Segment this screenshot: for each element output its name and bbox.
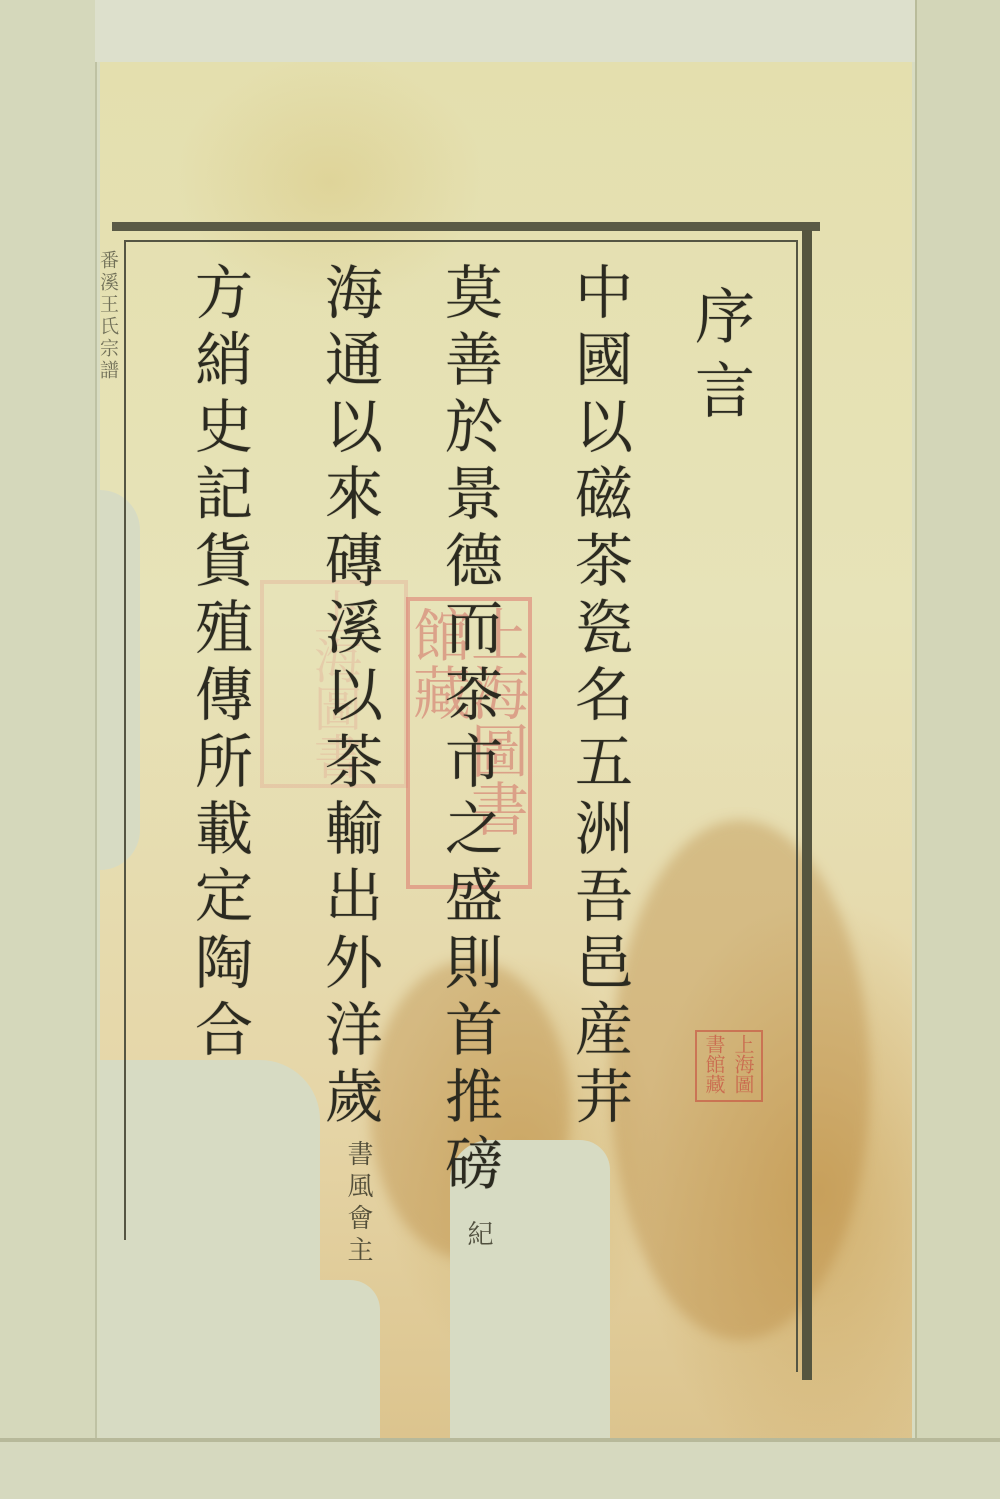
text-column-1: 中國以磁茶瓷名五洲吾邑産茾 bbox=[570, 262, 628, 1133]
small-annotation: 紀 bbox=[460, 1220, 497, 1252]
text-column-3: 海通以來磚溪以茶輸出外洋歲 bbox=[320, 262, 378, 1133]
banxin-title: 番溪王氏宗譜 bbox=[102, 250, 122, 382]
frame-border-right bbox=[802, 230, 812, 1380]
mounting-top bbox=[95, 0, 915, 62]
small-annotation: 書風會主 bbox=[340, 1140, 377, 1268]
seal-small: 上海圖書館藏 bbox=[695, 1030, 763, 1102]
section-title: 序言 bbox=[690, 285, 750, 433]
banxin-column bbox=[100, 240, 126, 1240]
text-column-4: 方綃史記貨殖傳所載定陶合 bbox=[190, 262, 248, 1066]
mounting-bottom bbox=[0, 1438, 1000, 1499]
mounting-left bbox=[0, 0, 97, 1499]
text-column-2: 莫善於景德而茶市之盛則首推磅 bbox=[440, 262, 498, 1200]
mounting-right bbox=[915, 0, 1000, 1499]
frame-border-top bbox=[112, 222, 820, 231]
